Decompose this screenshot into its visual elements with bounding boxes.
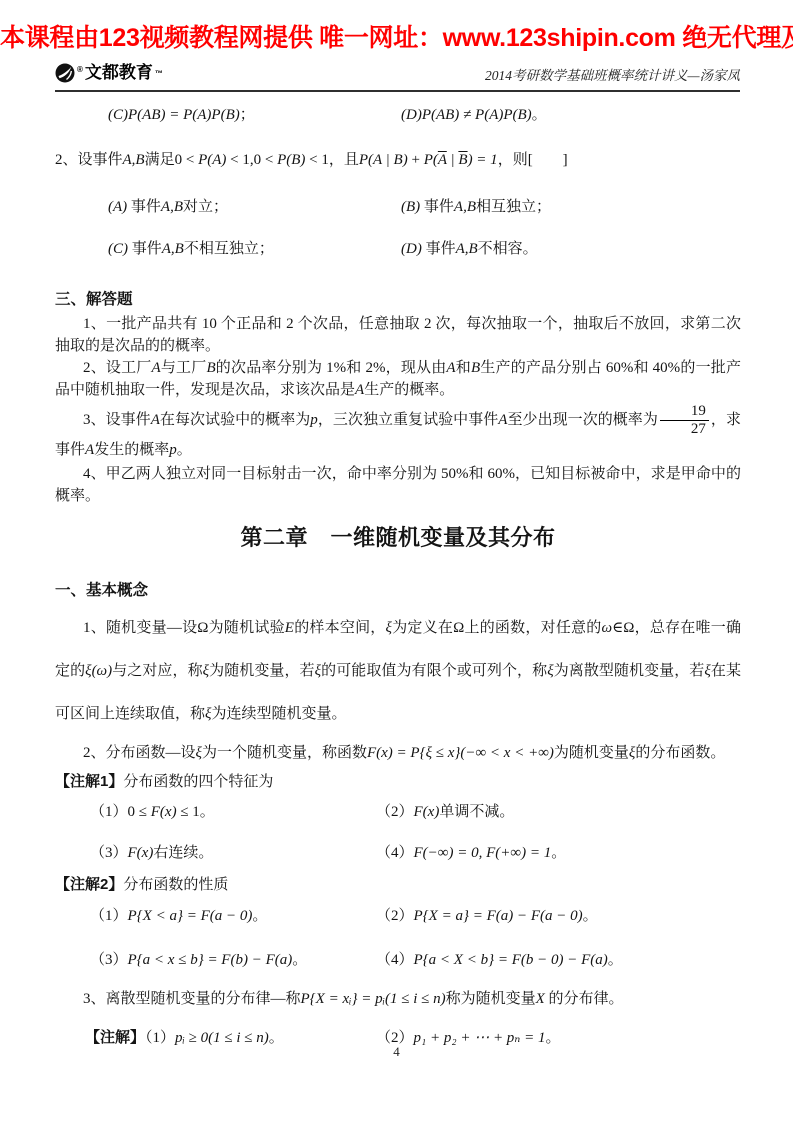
problem-1: 1、一批产品共有 10 个正品和 2 个次品，任意抽取 2 次，每次抽取一个，抽… — [55, 313, 741, 357]
definition-1: 1、随机变量—设Ω为随机试验E的样本空间，ξ为定义在Ω上的函数，对任意的ω∈Ω，… — [55, 607, 741, 736]
note-1-row-2: （3）F(x)右连续。 （4）F(−∞) = 0, F(+∞) = 1。 — [55, 842, 741, 865]
q2-options-cd-row: (C) 事件A,B不相互独立； (D) 事件A,B不相容。 — [55, 238, 741, 260]
q2-option-a: (A) 事件A,B对立； — [55, 196, 401, 218]
trademark-mark: ™ — [155, 64, 163, 84]
answer-section-title: 三、解答题 — [55, 287, 741, 309]
promo-banner: 本课程由123视频教程网提供 唯一网址：www.123shipin.com 绝无… — [0, 0, 793, 54]
note-2-item-3: （3）P{a < x ≤ b} = F(b) − F(a)。 — [55, 949, 376, 972]
note-1-item-1: （1）0 ≤ F(x) ≤ 1。 — [55, 801, 376, 824]
note-1-item-4: （4）F(−∞) = 0, F(+∞) = 1。 — [376, 842, 741, 865]
q2-options-ab-row: (A) 事件A,B对立； (B) 事件A,B相互独立； — [55, 196, 741, 218]
note-2-row-1: （1）P{X < a} = F(a − 0)。 （2）P{X = a} = F(… — [55, 905, 741, 928]
q1-options-cd-row: (C)P(AB) = P(A)P(B)； (D)P(AB) ≠ P(A)P(B)… — [55, 104, 741, 126]
note-1-item-3: （3）F(x)右连续。 — [55, 842, 376, 865]
note-2-item-2: （2）P{X = a} = F(a) − F(a − 0)。 — [376, 905, 741, 928]
note-2-item-1: （1）P{X < a} = F(a − 0)。 — [55, 905, 376, 928]
registered-mark: ® — [77, 60, 83, 80]
fraction: 1927 — [660, 403, 709, 439]
note-2-row-2: （3）P{a < x ≤ b} = F(b) − F(a)。 （4）P{a < … — [55, 949, 741, 972]
note-1-item-2: （2）F(x)单调不减。 — [376, 801, 741, 824]
chapter-title: 第二章 一维随机变量及其分布 — [55, 521, 741, 552]
page-header: ® 文都教育 ™ 2014考研数学基础班概率统计讲义—汤家凤 — [55, 62, 740, 92]
course-title: 2014考研数学基础班概率统计讲义—汤家凤 — [485, 64, 740, 84]
wendu-logo: ® 文都教育 ™ — [55, 62, 163, 84]
q1-option-d: (D)P(AB) ≠ P(A)P(B)。 — [401, 104, 741, 126]
question-2-stem: 2、设事件A,B满足0 < P(A) < 1,0 < P(B) < 1，且P(A… — [55, 147, 741, 173]
problem-4: 4、甲乙两人独立对同一目标射击一次，命中率分别为 50%和 60%，已知目标被命… — [55, 463, 741, 507]
wendu-logo-icon — [55, 63, 75, 83]
note-2-title: 【注解2】分布函数的性质 — [55, 873, 741, 897]
q1-option-c: (C)P(AB) = P(A)P(B)； — [55, 104, 401, 126]
note-1-row-1: （1）0 ≤ F(x) ≤ 1。 （2）F(x)单调不减。 — [55, 801, 741, 824]
q2-option-d: (D) 事件A,B不相容。 — [401, 238, 741, 260]
problem-2: 2、设工厂A与工厂B的次品率分别为 1%和 2%，现从由A和B生产的产品分别占 … — [55, 357, 741, 401]
q2-option-b: (B) 事件A,B相互独立； — [401, 196, 741, 218]
page-content: (C)P(AB) = P(A)P(B)； (D)P(AB) ≠ P(A)P(B)… — [55, 104, 741, 1050]
page-number: 4 — [0, 1044, 793, 1060]
definition-3: 3、离散型随机变量的分布律—称P{X = xᵢ} = pᵢ(1 ≤ i ≤ n)… — [55, 988, 741, 1010]
q2-option-c: (C) 事件A,B不相互独立； — [55, 238, 401, 260]
note-1-title: 【注解1】分布函数的四个特征为 — [55, 770, 741, 794]
problem-3: 3、设事件A在每次试验中的概率为p，三次独立重复试验中事件A至少出现一次的概率为… — [55, 403, 741, 461]
logo-text: 文都教育 — [85, 63, 153, 83]
note-2-item-4: （4）P{a < X < b} = F(b − 0) − F(a)。 — [376, 949, 741, 972]
document-page: 本课程由123视频教程网提供 唯一网址：www.123shipin.com 绝无… — [0, 0, 793, 1122]
basics-section-title: 一、基本概念 — [55, 578, 741, 600]
definition-2: 2、分布函数—设ξ为一个随机变量，称函数F(x) = P{ξ ≤ x}(−∞ <… — [55, 740, 741, 766]
